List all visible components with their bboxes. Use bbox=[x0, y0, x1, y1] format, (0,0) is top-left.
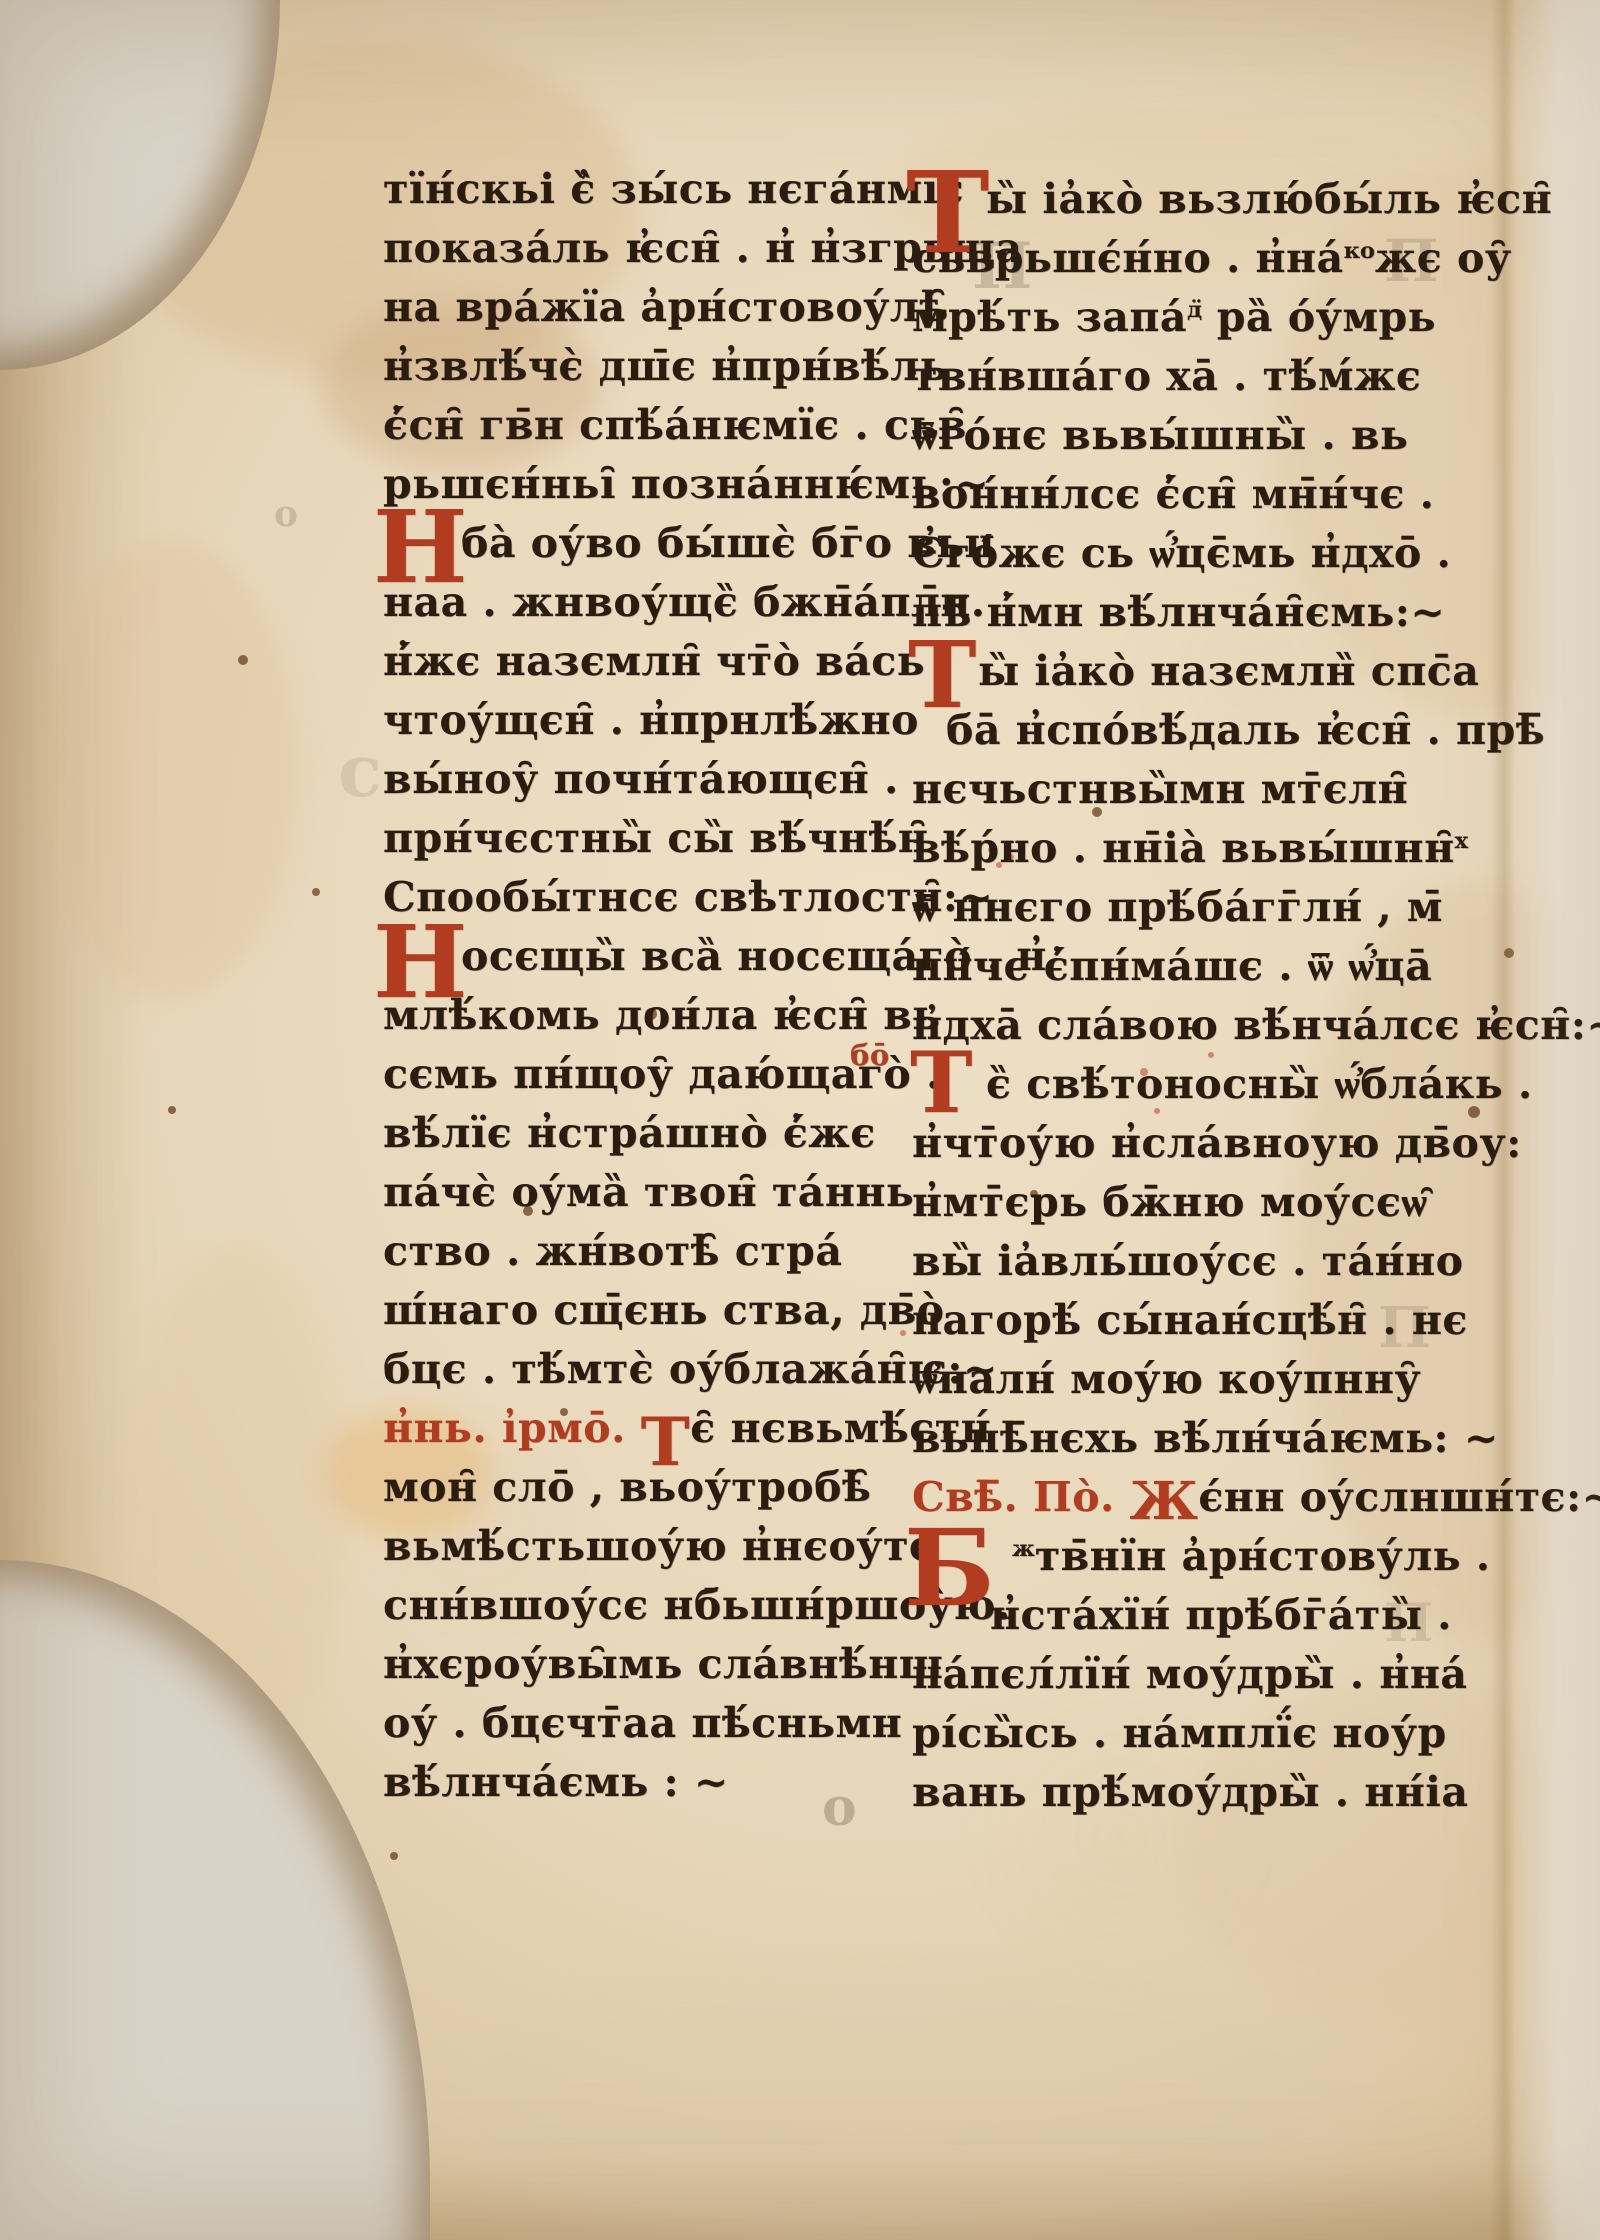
manuscript-line: Носєщы̏ вса̏ носєща́го̀ . н̓ bbox=[383, 927, 973, 986]
manuscript-line: ѿ ннєго прѣ́ба́гг̄лн́ , м̄ bbox=[912, 878, 1552, 937]
text-run: па́чє̀ оу́ма̏ твон̑ та́ннь bbox=[383, 1168, 914, 1216]
manuscript-line: вань прѣ́моу́дры̏ . нн́іа bbox=[912, 1763, 1552, 1822]
text-run: н̓дха̄ сла́вою вѣ́нча́лсє ѥ̓сн̑:~ bbox=[912, 1001, 1600, 1049]
page-corner-top-left bbox=[0, 0, 280, 370]
text-run: тїн́скьі є̓̏ зы́сь нєга́нмїє bbox=[383, 165, 964, 213]
manuscript-line: наа . жнвоу́щє̏ бжн̄а́пл̄н. bbox=[383, 573, 973, 632]
rubric-initial-letter: Б bbox=[904, 1525, 995, 1612]
manuscript-line: снн́вшоу́сє нб̄ьшн́ршоу̀ю. bbox=[383, 1576, 973, 1635]
wormhole bbox=[312, 888, 320, 896]
rubric-initial-letter: Т bbox=[906, 168, 990, 260]
text-run: жє оу̑ bbox=[1375, 234, 1512, 282]
text-run: ба̄ н̓спо́вѣ́даль ѥ̓сн̑ . прѣ̄ bbox=[946, 706, 1545, 754]
manuscript-page: ППППсоо тїн́скьі є̓̏ зы́сь нєга́нмїєпока… bbox=[0, 0, 1600, 2240]
text-run: н̓звлѣ́чє̀ дш̄є н̓прн́вѣ́ль bbox=[383, 342, 948, 390]
text-run: вѣ́р́но . нн̄іа̀ вьвы́шнн̑ bbox=[912, 824, 1455, 872]
text-run: рі́сы̏сь . на́мплї́є ноу́р bbox=[912, 1709, 1447, 1757]
manuscript-line: на́пєл́лїн́ моу́дры̏ . н̓на́ bbox=[912, 1645, 1552, 1704]
manuscript-line: н̓дха̄ сла́вою вѣ́нча́лсє ѥ̓сн̑:~ bbox=[912, 996, 1552, 1055]
stain bbox=[40, 540, 300, 1000]
text-run: бцє . тѣ́мтє̀ оу́блажа́н̑ѥ:~ bbox=[383, 1345, 998, 1393]
rubric-initial-letter: Т bbox=[910, 1049, 973, 1118]
text-run: нагорѣ́ сы́нан́сцѣ́н̑ . нє bbox=[912, 1296, 1468, 1344]
stain bbox=[400, 1960, 1380, 2240]
manuscript-line: нн́чє є̓́пн́ма́шє . ѿ ѡ̓́ца̄ bbox=[912, 937, 1552, 996]
text-run: на вра́жїа а̓рн́стовоу́лѣ̑ . bbox=[383, 283, 978, 331]
manuscript-line: Ты̏ іа̓ко̀ вьзлю́бы́ль ѥ̓сн̑ bbox=[912, 170, 1552, 229]
text-run: н̓чт̄оу́ю н̓сла́вноую дв̄оу: bbox=[912, 1119, 1522, 1167]
manuscript-line: Нба̀ оу́во бы́шє̀ бг̄о вьц bbox=[383, 514, 973, 573]
manuscript-line: сьврьшє́н́но . н̓на́кожє оу̑ bbox=[912, 229, 1552, 288]
manuscript-line: тїн́скьі є̓̏ зы́сь нєга́нмїє bbox=[383, 160, 973, 219]
text-run: прн́чєстны̏ сы̏ вѣ́чнѣ́н̑ bbox=[383, 814, 928, 862]
manuscript-line: ѿго́нє вьвы́шны̏ . вь bbox=[912, 406, 1552, 465]
text-run: вѣ́лнча́ємь : ~ bbox=[383, 1758, 729, 1806]
text-run: оу́ . бцєчт̄аа пѣ́сньмн bbox=[383, 1699, 902, 1747]
rubric-initial-letter: Н bbox=[373, 921, 468, 1003]
text-run: вы̏ іа̓вль́шоу́сє . та́н́но bbox=[912, 1237, 1463, 1285]
text-run: ѿго́нє вьвы́шны̏ . вь bbox=[912, 411, 1408, 459]
text-run: вѣ́лїє н̓стра́шно̀ є̓́жє bbox=[383, 1109, 876, 1157]
text-run: є̏ свѣ́тоносны̏ ѡ̓́бла́кь . bbox=[986, 1060, 1533, 1108]
text-run: Спообы́тнсє свѣтлостн̑:~ bbox=[383, 873, 993, 921]
manuscript-line: па́чє̀ оу́ма̏ твон̑ та́ннь bbox=[383, 1163, 973, 1222]
manuscript-line: вѣ́лнча́ємь : ~ bbox=[383, 1753, 973, 1812]
text-run: ш́наго сщ̄єнь ства, дв̄о̀ bbox=[383, 1286, 944, 1334]
text-run: н̓мт̄єрь бж̄ню моу́сєѡ̑ bbox=[912, 1178, 1427, 1226]
manuscript-line: вѣ́р́но . нн̄іа̀ вьвы́шнн̑х bbox=[912, 819, 1552, 878]
manuscript-line: Тбо̄є̏ свѣ́тоносны̏ ѡ̓́бла́кь . bbox=[912, 1055, 1552, 1114]
manuscript-line: пѣ̄ н̓́мн вѣ́лнча́н̑ємь:~ bbox=[912, 583, 1552, 642]
manuscript-line: бцє . тѣ́мтє̀ оу́блажа́н̑ѥ:~ bbox=[383, 1340, 973, 1399]
manuscript-line: н̓нь. і̓рмо̄. Тє̑ нєвьмѣ́стн́ bbox=[383, 1399, 973, 1458]
wormhole bbox=[390, 1852, 398, 1860]
text-run: мрѣ́ть запа́ bbox=[912, 293, 1187, 341]
manuscript-line: прн́чєстны̏ сы̏ вѣ́чнѣ́н̑ bbox=[383, 809, 973, 868]
text-run: н̓́жє назємлн̑ чт̄о̀ ва́сь bbox=[383, 637, 925, 685]
text-run: чтоу́щєн̑ . н̓прнлѣ́жно bbox=[383, 696, 919, 744]
manuscript-line: ѡ̓палн́ моу́ю коу́пнну̑ bbox=[912, 1350, 1552, 1409]
manuscript-line: вон́нн́лсє є̓́сн̑ мн̄н́чє . bbox=[912, 465, 1552, 524]
superscript-letter: ж bbox=[1012, 1520, 1035, 1579]
text-run: рьшєн́ньі̑ позна́ннѥ́мь:~ bbox=[383, 460, 989, 508]
text-run: пѣ̄ н̓́мн вѣ́лнча́н̑ємь:~ bbox=[912, 588, 1445, 636]
manuscript-line: млѣ́комь дон́ла ѥ̓сн̑ вь bbox=[383, 986, 973, 1045]
manuscript-line: н̓хєроу́вы̑мь сла́внѣ́нш bbox=[383, 1635, 973, 1694]
text-run: є́нн оу́слншн́тє:~ bbox=[1198, 1473, 1600, 1521]
manuscript-line: Свѣ̄. По̀. Жє́нн оу́слншн́тє:~ bbox=[912, 1468, 1552, 1527]
manuscript-line: Бжтв̄нїн а̓рн́стову́ль . bbox=[912, 1527, 1552, 1586]
margin-rubric: бо̄ bbox=[850, 1041, 890, 1070]
text-run: вы́ноу̑ почн́та́ющєн̑ . bbox=[383, 755, 899, 803]
manuscript-line: мон̑ сло̄ , вьоу́тробѣ̑ bbox=[383, 1458, 973, 1517]
text-run: тв̄нїн а̓рн́стову́ль . bbox=[1035, 1532, 1491, 1580]
manuscript-line: н̓звлѣ́чє̀ дш̄є н̓прн́вѣ́ль bbox=[383, 337, 973, 396]
manuscript-line: оу́ . бцєчт̄аа пѣ́сньмн bbox=[383, 1694, 973, 1753]
manuscript-line: твн́вша́го ха̄ . тѣ́м́жє bbox=[912, 347, 1552, 406]
text-run: нн́чє є̓́пн́ма́шє . ѿ ѡ̓́ца̄ bbox=[912, 942, 1432, 990]
rubric: н̓нь. і̓рмо̄. bbox=[383, 1404, 641, 1452]
manuscript-line: рі́сы̏сь . на́мплї́є ноу́р bbox=[912, 1704, 1552, 1763]
text-run: ы̏ іа̓ко̀ назємлн̏ спс̄а bbox=[978, 647, 1479, 695]
manuscript-line: вѣ́лїє н̓стра́шно̀ є̓́жє bbox=[383, 1104, 973, 1163]
wormhole bbox=[238, 655, 248, 665]
text-run: є̓́сн̑ гв̄н спѣ́а́нѥмїє . сьв̑ bbox=[383, 401, 967, 449]
manuscript-line: ш́наго сщ̄єнь ства, дв̄о̀ bbox=[383, 1281, 973, 1340]
rubric-initial-letter: Н bbox=[373, 506, 468, 588]
text-run: ы̏ іа̓ко̀ вьзлю́бы́ль ѥ̓сн̑ bbox=[986, 175, 1552, 223]
ink-offset-letter: с bbox=[338, 735, 382, 807]
text-run: на́пєл́лїн́ моу́дры̏ . н̓на́ bbox=[912, 1650, 1467, 1698]
text-run: ство . жн́вотѣ̑ стра́ bbox=[383, 1227, 842, 1275]
manuscript-line: Ты̏ іа̓ко̀ назємлн̏ спс̄а bbox=[912, 642, 1552, 701]
manuscript-line: є̓́сн̑ гв̄н спѣ́а́нѥмїє . сьв̑ bbox=[383, 396, 973, 455]
manuscript-line: вьмѣ́стьшоу́ю н̓нєоу́тє bbox=[383, 1517, 973, 1576]
manuscript-line: мрѣ́ть запа́д̈ ра̏ о́у́мрь bbox=[912, 288, 1552, 347]
manuscript-line: чтоу́щєн̑ . н̓прнлѣ́жно bbox=[383, 691, 973, 750]
manuscript-line: Спообы́тнсє свѣтлостн̑:~ bbox=[383, 868, 973, 927]
manuscript-line: ба̄ н̓спо́вѣ́даль ѥ̓сн̑ . прѣ̄ bbox=[912, 701, 1552, 760]
superscript-letter: ко bbox=[1344, 222, 1375, 281]
manuscript-line: вьпѣ̄нєхь вѣ́лн́ча́ѥмь: ~ bbox=[912, 1409, 1552, 1468]
text-run: вань прѣ́моу́дры̏ . нн́іа bbox=[912, 1768, 1468, 1816]
manuscript-line: на вра́жїа а̓рн́стовоу́лѣ̑ . bbox=[383, 278, 973, 337]
text-run: наа . жнвоу́щє̏ бжн̄а́пл̄н. bbox=[383, 578, 986, 626]
page-left-edge-shading bbox=[0, 300, 150, 1650]
text-run: Є̓го́жє сь ѡ̓́цє̄мь н̓дхо̄ . bbox=[912, 529, 1451, 577]
text-run: ра̏ о́у́мрь bbox=[1202, 293, 1436, 341]
text-run: вон́нн́лсє є̓́сн̑ мн̄н́чє . bbox=[912, 470, 1434, 518]
manuscript-line: ство . жн́вотѣ̑ стра́ bbox=[383, 1222, 973, 1281]
manuscript-line: нагорѣ́ сы́нан́сцѣ́н̑ . нє bbox=[912, 1291, 1552, 1350]
manuscript-line: н̓ста́хїн́ прѣ́бг̄а́ты̏ . bbox=[912, 1586, 1552, 1645]
rubric-initial-letter: Т bbox=[908, 638, 977, 713]
manuscript-line: н̓чт̄оу́ю н̓сла́вноую дв̄оу: bbox=[912, 1114, 1552, 1173]
manuscript-line: Є̓го́жє сь ѡ̓́цє̄мь н̓дхо̄ . bbox=[912, 524, 1552, 583]
manuscript-line: н̓мт̄єрь бж̄ню моу́сєѡ̑ bbox=[912, 1173, 1552, 1232]
manuscript-line: н̓́жє назємлн̑ чт̄о̀ ва́сь bbox=[383, 632, 973, 691]
page-bottom-edge-shading bbox=[380, 2150, 1600, 2240]
text-run: вьпѣ̄нєхь вѣ́лн́ча́ѥмь: ~ bbox=[912, 1414, 1499, 1462]
manuscript-line: нєчьстнвы̏мн мт̄єлн̑ bbox=[912, 760, 1552, 819]
text-column-right: Ты̏ іа̓ко̀ вьзлю́бы́ль ѥ̓сн̑сьврьшє́н́но… bbox=[912, 170, 1552, 1822]
superscript-letter: д̈ bbox=[1187, 281, 1202, 340]
manuscript-line: вы̏ іа̓вль́шоу́сє . та́н́но bbox=[912, 1232, 1552, 1291]
superscript-letter: х bbox=[1455, 812, 1468, 871]
text-run: нєчьстнвы̏мн мт̄єлн̑ bbox=[912, 765, 1408, 813]
manuscript-line: показа́ль ѥ̓сн̑ . н̓ н̓згрь́ща bbox=[383, 219, 973, 278]
text-run: вьмѣ́стьшоу́ю н̓нєоу́тє bbox=[383, 1522, 934, 1570]
text-column-left: тїн́скьі є̓̏ зы́сь нєга́нмїєпоказа́ль ѥ̓… bbox=[383, 160, 973, 1812]
text-run: н̓хєроу́вы̑мь сла́внѣ́нш bbox=[383, 1640, 943, 1688]
text-run: мон̑ сло̄ , вьоу́тробѣ̑ bbox=[383, 1463, 871, 1511]
manuscript-line: рьшєн́ньі̑ позна́ннѥ́мь:~ bbox=[383, 455, 973, 514]
page-corner-bottom-left bbox=[0, 1560, 430, 2240]
text-run: н̓ста́хїн́ прѣ́бг̄а́ты̏ . bbox=[990, 1591, 1452, 1639]
manuscript-line: вы́ноу̑ почн́та́ющєн̑ . bbox=[383, 750, 973, 809]
text-run: твн́вша́го ха̄ . тѣ́м́жє bbox=[912, 352, 1421, 400]
ink-offset-letter: о bbox=[274, 496, 298, 532]
text-run: ѿ ннєго прѣ́ба́гг̄лн́ , м̄ bbox=[912, 883, 1443, 931]
text-run: ѡ̓палн́ моу́ю коу́пнну̑ bbox=[912, 1355, 1421, 1403]
wormhole bbox=[168, 1106, 176, 1114]
